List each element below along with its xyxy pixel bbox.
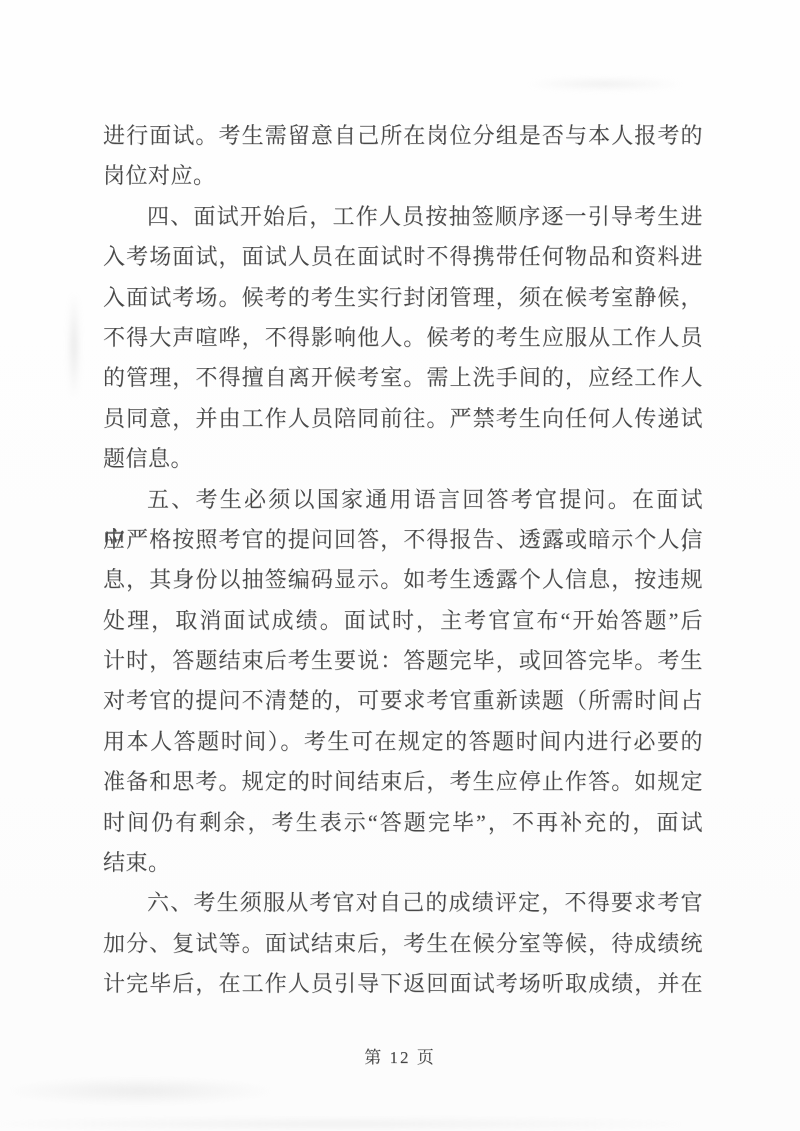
text-line: 准备和思考。规定的时间结束后，考生应停止作答。如规定 bbox=[103, 762, 703, 802]
text-line: 结束。 bbox=[103, 843, 703, 883]
text-line: 应严格按照考官的提问回答，不得报告、透露或暗示个人信 bbox=[103, 520, 703, 560]
text-line: 进行面试。考生需留意自己所在岗位分组是否与本人报考的 bbox=[103, 116, 703, 156]
text-line: 用本人答题时间）。考生可在规定的答题时间内进行必要的 bbox=[103, 722, 703, 762]
text-line: 加分、复试等。面试结束后，考生在候分室等候，待成绩统 bbox=[103, 924, 703, 964]
text-line: 岗位对应。 bbox=[103, 156, 703, 196]
text-line: 时间仍有剩余，考生表示“答题完毕”，不再补充的，面试 bbox=[103, 803, 703, 843]
text-line: 息，其身份以抽签编码显示。如考生透露个人信息，按违规 bbox=[103, 560, 703, 600]
scan-artifact bbox=[530, 78, 680, 90]
scan-artifact bbox=[10, 1078, 270, 1104]
text-line: 计完毕后，在工作人员引导下返回面试考场听取成绩，并在 bbox=[103, 964, 703, 1004]
text-line: 对考官的提问不清楚的，可要求考官重新读题（所需时间占 bbox=[103, 681, 703, 721]
page-number: 第 12 页 bbox=[0, 1046, 800, 1070]
text-line: 处理，取消面试成绩。面试时，主考官宣布“开始答题”后 bbox=[103, 601, 703, 641]
text-line: 的管理，不得擅自离开候考室。需上洗手间的，应经工作人 bbox=[103, 358, 703, 398]
text-block: 进行面试。考生需留意自己所在岗位分组是否与本人报考的 岗位对应。 四、面试开始后… bbox=[103, 116, 703, 1005]
text-line: 入考场面试，面试人员在面试时不得携带任何物品和资料进 bbox=[103, 237, 703, 277]
text-line: 员同意，并由工作人员陪同前往。严禁考生向任何人传递试 bbox=[103, 399, 703, 439]
text-line: 计时，答题结束后考生要说：答题完毕，或回答完毕。考生 bbox=[103, 641, 703, 681]
text-line: 四、面试开始后，工作人员按抽签顺序逐一引导考生进 bbox=[103, 197, 703, 237]
text-line: 五、考生必须以国家通用语言回答考官提问。在面试中， bbox=[103, 480, 703, 520]
scan-artifact bbox=[68, 292, 80, 400]
text-line: 入面试考场。候考的考生实行封闭管理，须在候考室静候， bbox=[103, 278, 703, 318]
scan-artifact bbox=[0, 1118, 680, 1130]
document-page: 进行面试。考生需留意自己所在岗位分组是否与本人报考的 岗位对应。 四、面试开始后… bbox=[0, 0, 800, 1131]
text-line: 题信息。 bbox=[103, 439, 703, 479]
text-line: 不得大声喧哗，不得影响他人。候考的考生应服从工作人员 bbox=[103, 318, 703, 358]
text-line: 六、考生须服从考官对自己的成绩评定，不得要求考官 bbox=[103, 883, 703, 923]
